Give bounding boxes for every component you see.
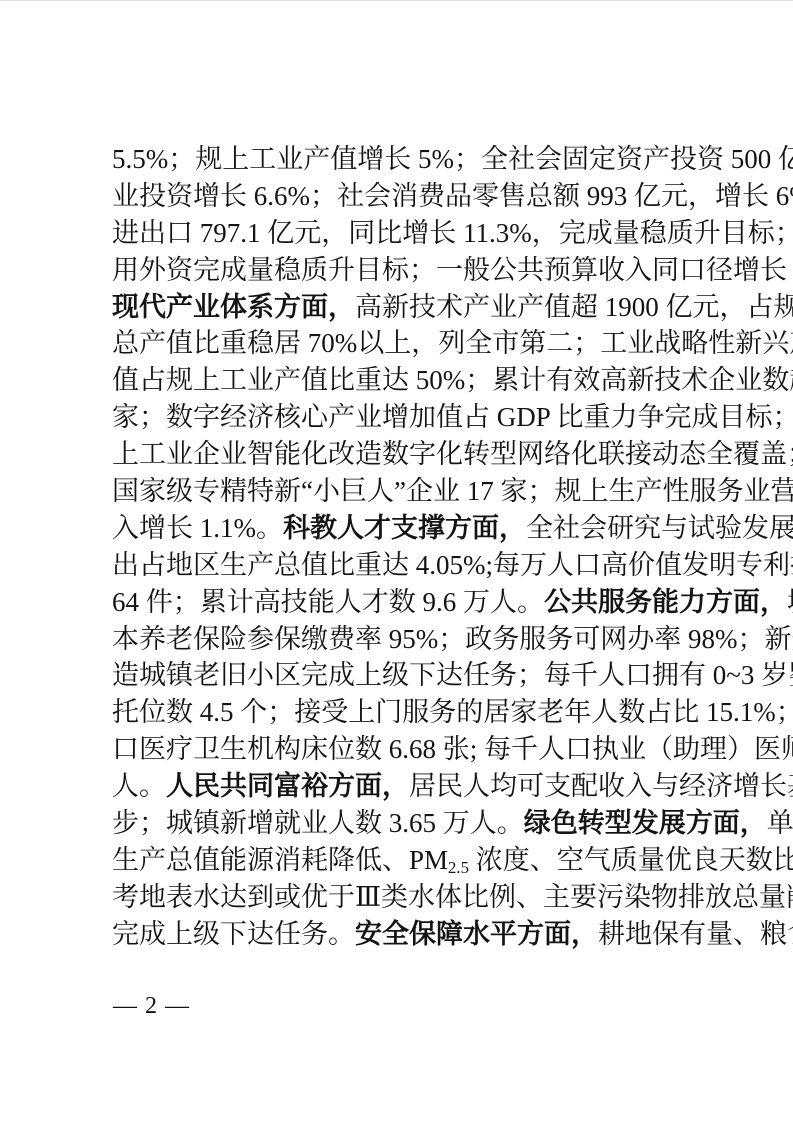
- text-segment: 托位数 4.5 个；接受上门服务的居家老年人数占比 15.1%；每千人: [112, 697, 793, 727]
- text-line: 用外资完成量稳质升目标；一般公共预算收入同口径增长 4.9%。: [112, 252, 682, 289]
- text-segment: 用外资完成量稳质升目标；一般公共预算收入同口径增长 4.9%。: [112, 255, 793, 285]
- bold-text-segment: 绿色转型发展方面，: [524, 808, 767, 838]
- page-number: — 2 —: [113, 991, 190, 1021]
- body-text-block: 5.5%；规上工业产值增长 5%；全社会固定资产投资 500 亿元；工业投资增长…: [112, 141, 682, 953]
- text-segment: 城乡基: [787, 587, 793, 617]
- text-line: 上工业企业智能化改造数字化转型网络化联接动态全覆盖；新增: [112, 436, 682, 473]
- text-segment: 出占地区生产总值比重达 4.05%;每万人口高价值发明专利拥有量: [112, 550, 793, 580]
- text-segment: 造城镇老旧小区完成上级下达任务；每千人口拥有 0~3 岁婴幼儿: [112, 660, 793, 690]
- text-line: 进出口 797.1 亿元，同比增长 11.3%，完成量稳质升目标；实际使: [112, 215, 682, 252]
- bold-text-segment: 公共服务能力方面，: [544, 587, 787, 617]
- text-line: 人。人民共同富裕方面，居民人均可支配收入与经济增长基本同: [112, 768, 682, 805]
- text-segment: 本养老保险参保缴费率 95%；政务服务可网办率 98%；新开工改: [112, 624, 793, 654]
- text-segment: 上工业企业智能化改造数字化转型网络化联接动态全覆盖；新增: [112, 439, 793, 469]
- bold-text-segment: 人民共同富裕方面，: [166, 771, 409, 801]
- text-segment: 单位地区: [767, 808, 793, 838]
- text-segment: 步；城镇新增就业人数 3.65 万人。: [112, 808, 524, 838]
- text-segment: 64 件；累计高技能人才数 9.6 万人。: [112, 587, 544, 617]
- text-segment: 人。: [112, 771, 166, 801]
- text-line: 总产值比重稳居 70%以上，列全市第二；工业战略性新兴产业产: [112, 325, 682, 362]
- text-segment: 浓度、空气质量优良天数比例、省: [469, 845, 793, 875]
- text-line: 5.5%；规上工业产值增长 5%；全社会固定资产投资 500 亿元；工: [112, 141, 682, 178]
- text-line: 64 件；累计高技能人才数 9.6 万人。公共服务能力方面，城乡基: [112, 584, 682, 621]
- text-segment: 值占规上工业产值比重达 50%；累计有效高新技术企业数超 1850: [112, 365, 793, 395]
- text-line: 本养老保险参保缴费率 95%；政务服务可网办率 98%；新开工改: [112, 621, 682, 658]
- text-line: 家；数字经济核心产业增加值占 GDP 比重力争完成目标；保持规: [112, 399, 682, 436]
- text-line: 口医疗卫生机构床位数 6.68 张; 每千人口执业（助理）医师数 2.81: [112, 731, 682, 768]
- bold-text-segment: 科教人才支撑方面，: [283, 513, 526, 543]
- text-segment: 完成上级下达任务。: [112, 919, 355, 949]
- bold-text-segment: 现代产业体系方面，: [112, 292, 355, 322]
- text-segment: 全社会研究与试验发展经费支: [526, 513, 793, 543]
- text-segment: 国家级专精特新“小巨人”企业 17 家；规上生产性服务业营业收: [112, 476, 793, 506]
- text-line: 值占规上工业产值比重达 50%；累计有效高新技术企业数超 1850: [112, 362, 682, 399]
- text-line: 完成上级下达任务。安全保障水平方面，耕地保有量、粮食综合: [112, 916, 682, 953]
- text-line: 生产总值能源消耗降低、PM2.5 浓度、空气质量优良天数比例、省: [112, 842, 682, 879]
- text-segment: 业投资增长 6.6%；社会消费品零售总额 993 亿元，增长 6%左右；: [112, 181, 793, 211]
- text-line: 入增长 1.1%。科教人才支撑方面，全社会研究与试验发展经费支: [112, 510, 682, 547]
- text-segment: 考地表水达到或优于Ⅲ类水体比例、主要污染物排放总量削减均: [112, 882, 793, 912]
- text-line: 现代产业体系方面，高新技术产业产值超 1900 亿元，占规上工业: [112, 289, 682, 326]
- text-segment: 家；数字经济核心产业增加值占 GDP 比重力争完成目标；保持规: [112, 402, 793, 432]
- document-page: 5.5%；规上工业产值增长 5%；全社会固定资产投资 500 亿元；工业投资增长…: [0, 0, 793, 1123]
- text-segment: 居民人均可支配收入与经济增长基本同: [409, 771, 793, 801]
- text-segment: 耕地保有量、粮食综合: [598, 919, 793, 949]
- bold-text-segment: 安全保障水平方面，: [355, 919, 598, 949]
- text-segment: 生产总值能源消耗降低、PM: [112, 845, 448, 875]
- text-line: 步；城镇新增就业人数 3.65 万人。绿色转型发展方面，单位地区: [112, 805, 682, 842]
- text-segment: 口医疗卫生机构床位数 6.68 张; 每千人口执业（助理）医师数 2.81: [112, 734, 793, 764]
- text-line: 考地表水达到或优于Ⅲ类水体比例、主要污染物排放总量削减均: [112, 879, 682, 916]
- text-segment: 进出口 797.1 亿元，同比增长 11.3%，完成量稳质升目标；实际使: [112, 218, 793, 248]
- text-segment: 入增长 1.1%。: [112, 513, 283, 543]
- text-segment: 总产值比重稳居 70%以上，列全市第二；工业战略性新兴产业产: [112, 328, 793, 358]
- text-segment: 5.5%；规上工业产值增长 5%；全社会固定资产投资 500 亿元；工: [112, 144, 793, 174]
- text-line: 国家级专精特新“小巨人”企业 17 家；规上生产性服务业营业收: [112, 473, 682, 510]
- text-line: 托位数 4.5 个；接受上门服务的居家老年人数占比 15.1%；每千人: [112, 694, 682, 731]
- text-segment: 高新技术产业产值超 1900 亿元，占规上工业: [355, 292, 793, 322]
- text-line: 出占地区生产总值比重达 4.05%;每万人口高价值发明专利拥有量: [112, 547, 682, 584]
- text-line: 造城镇老旧小区完成上级下达任务；每千人口拥有 0~3 岁婴幼儿: [112, 657, 682, 694]
- subscript-text-segment: 2.5: [448, 858, 469, 877]
- text-line: 业投资增长 6.6%；社会消费品零售总额 993 亿元，增长 6%左右；: [112, 178, 682, 215]
